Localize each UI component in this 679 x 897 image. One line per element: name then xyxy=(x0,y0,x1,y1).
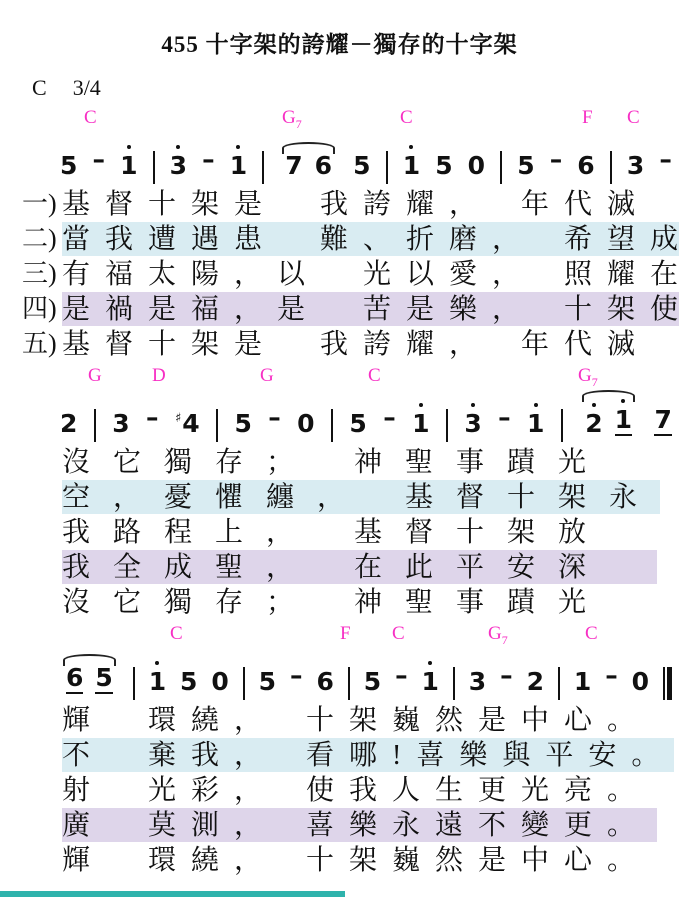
lyric-text: 輝 環繞， 十架巍然是中心。 xyxy=(62,843,657,877)
note: 1 xyxy=(403,153,420,178)
note: 1 xyxy=(412,411,429,436)
duration-dash: – xyxy=(92,147,105,178)
notation-row: 651505–65–13–21–0 xyxy=(60,648,672,694)
hymn-title: 455 十字架的誇耀－獨存的十字架 xyxy=(22,26,657,59)
duration-dash: – xyxy=(498,405,511,436)
verse-block-3: 輝 環繞， 十架巍然是中心。不 棄我， 看哪!喜樂與平安。射 光彩， 使我人生更… xyxy=(22,702,657,877)
chord-label: C xyxy=(400,107,413,129)
note: 5 xyxy=(435,153,452,178)
barline xyxy=(331,409,333,442)
chord-label: C xyxy=(627,107,640,129)
key-signature: C 3/4 xyxy=(32,75,657,101)
note: 5 xyxy=(259,669,276,694)
lyric-row: 沒它獨存； 神聖事蹟光 xyxy=(22,444,657,479)
lyric-text: 我全成聖， 在此平安深 xyxy=(62,550,657,584)
note: 5 xyxy=(364,669,381,694)
music-system-2: GDGCG7 23–♯45–05–13–1217 xyxy=(60,365,672,436)
duration-dash: – xyxy=(268,405,281,436)
rest-note: 0 xyxy=(468,153,485,178)
note: 5 xyxy=(95,665,112,694)
note: 6 xyxy=(577,153,594,178)
note: 5 xyxy=(60,153,77,178)
note: 1 xyxy=(615,407,632,436)
rest-note: 0 xyxy=(297,411,314,436)
chord-row: GDGCG7 xyxy=(60,365,672,390)
note: 2 xyxy=(527,669,544,694)
lyric-text: 我路程上， 基督十架放 xyxy=(62,515,657,549)
barline xyxy=(348,667,350,700)
barline xyxy=(262,151,264,184)
note: 3 xyxy=(464,411,481,436)
lyric-text: 基督十架是 我誇耀， 年代滅 xyxy=(62,187,657,221)
verse-number: 四) xyxy=(22,291,62,326)
lyric-text: 沒它獨存； 神聖事蹟光 xyxy=(62,585,657,619)
chord-label: C xyxy=(368,365,381,387)
note: 7 xyxy=(654,407,671,436)
duration-dash: – xyxy=(605,663,618,694)
note: 7 xyxy=(285,153,302,178)
time-signature: 3/4 xyxy=(73,75,101,101)
duration-dash: – xyxy=(550,147,563,178)
duration-dash: – xyxy=(500,663,513,694)
lyric-text: 射 光彩， 使我人生更光亮。 xyxy=(62,773,657,807)
note: 5 xyxy=(517,153,534,178)
sharp-accidental: ♯ xyxy=(175,411,181,426)
barline xyxy=(216,409,218,442)
lyric-row: 廣 莫測， 喜樂永遠不變更。 xyxy=(22,807,657,842)
lyric-row: 輝 環繞， 十架巍然是中心。 xyxy=(22,842,657,877)
note: 2 xyxy=(60,411,77,436)
slur-group: 65 xyxy=(60,665,119,694)
duration-dash: – xyxy=(383,405,396,436)
verse-block-1: 一)基督十架是 我誇耀， 年代滅二)當我遭遇患 難、折磨， 希望成三)有福太陽，… xyxy=(22,186,657,361)
barline xyxy=(133,667,135,700)
note: 6 xyxy=(315,153,332,178)
note: 3 xyxy=(469,669,486,694)
lyric-text: 沒它獨存； 神聖事蹟光 xyxy=(62,445,657,479)
note: 1 xyxy=(422,669,439,694)
note: 2 xyxy=(585,411,602,436)
lyric-row: 三)有福太陽，以 光以愛， 照耀在 xyxy=(22,256,657,291)
lyric-text: 輝 環繞， 十架巍然是中心。 xyxy=(62,703,657,737)
verse-number: 一) xyxy=(22,186,62,221)
lyric-row: 空，憂懼纏， 基督十架永 xyxy=(22,479,657,514)
duration-dash: – xyxy=(290,663,303,694)
chord-label: C xyxy=(585,623,598,645)
lyric-row: 我路程上， 基督十架放 xyxy=(22,514,657,549)
music-system-3: CFCG7C 651505–65–13–21–0 xyxy=(60,623,672,694)
hymn-sheet-page: 455 十字架的誇耀－獨存的十字架 C 3/4 CG7CFC 5–13–1765… xyxy=(0,0,679,897)
note: 3 xyxy=(170,153,187,178)
barline xyxy=(446,409,448,442)
chord-label: D xyxy=(152,365,166,387)
lyric-row: 二)當我遭遇患 難、折磨， 希望成 xyxy=(22,221,657,256)
duration-dash: – xyxy=(146,405,159,436)
chord-label: G xyxy=(88,365,102,387)
verse-number: 三) xyxy=(22,256,62,291)
chord-label: G7 xyxy=(488,623,508,648)
rest-note: 0 xyxy=(632,669,649,694)
notation-row: 5–13–17651505–63– xyxy=(60,132,672,178)
chord-row: CFCG7C xyxy=(60,623,672,648)
lyric-text: 當我遭遇患 難、折磨， 希望成 xyxy=(62,222,679,256)
note: 6 xyxy=(316,669,333,694)
rest-note: 0 xyxy=(211,669,228,694)
lyric-row: 四)是禍是福，是 苦是樂， 十架使 xyxy=(22,291,657,326)
lyric-row: 不 棄我， 看哪!喜樂與平安。 xyxy=(22,737,657,772)
chord-label: C xyxy=(170,623,183,645)
lyric-text: 不 棄我， 看哪!喜樂與平安。 xyxy=(62,738,674,772)
chord-label: F xyxy=(582,107,593,129)
slur-group: 21 xyxy=(579,407,638,436)
lyric-text: 基督十架是 我誇耀， 年代滅 xyxy=(62,327,657,361)
final-barline xyxy=(663,667,672,700)
duration-dash: – xyxy=(395,663,408,694)
key-letter: C xyxy=(32,75,47,101)
lyric-text: 是禍是福，是 苦是樂， 十架使 xyxy=(62,292,679,326)
barline xyxy=(94,409,96,442)
bottom-accent-bar xyxy=(0,891,345,897)
lyric-row: 沒它獨存； 神聖事蹟光 xyxy=(22,584,657,619)
chord-label: G7 xyxy=(282,107,302,132)
barline xyxy=(243,667,245,700)
verse-number: 二) xyxy=(22,221,62,256)
barline xyxy=(558,667,560,700)
note: ♯4 xyxy=(175,411,200,436)
barline xyxy=(453,667,455,700)
duration-dash: – xyxy=(202,147,215,178)
notation-row: 23–♯45–05–13–1217 xyxy=(60,390,672,436)
lyric-row: 我全成聖， 在此平安深 xyxy=(22,549,657,584)
barline xyxy=(153,151,155,184)
note: 5 xyxy=(234,411,251,436)
barline xyxy=(386,151,388,184)
barline xyxy=(561,409,563,442)
lyric-row: 射 光彩， 使我人生更光亮。 xyxy=(22,772,657,807)
chord-label: C xyxy=(84,107,97,129)
note: 1 xyxy=(574,669,591,694)
note: 1 xyxy=(149,669,166,694)
note: 3 xyxy=(112,411,129,436)
note: 6 xyxy=(66,665,83,694)
note: 1 xyxy=(527,411,544,436)
note: 5 xyxy=(353,153,370,178)
note: 5 xyxy=(349,411,366,436)
note: 3 xyxy=(627,153,644,178)
chord-label: F xyxy=(340,623,351,645)
lyric-text: 廣 莫測， 喜樂永遠不變更。 xyxy=(62,808,657,842)
music-system-1: CG7CFC 5–13–17651505–63– xyxy=(60,107,672,178)
lyric-text: 空，憂懼纏， 基督十架永 xyxy=(62,480,660,514)
lyric-row: 五)基督十架是 我誇耀， 年代滅 xyxy=(22,326,657,361)
verse-number: 五) xyxy=(22,326,62,361)
lyric-row: 輝 環繞， 十架巍然是中心。 xyxy=(22,702,657,737)
barline xyxy=(610,151,612,184)
chord-label: G7 xyxy=(578,365,598,390)
verse-block-2: 沒它獨存； 神聖事蹟光空，憂懼纏， 基督十架永我路程上， 基督十架放我全成聖， … xyxy=(22,444,657,619)
note: 5 xyxy=(180,669,197,694)
chord-label: C xyxy=(392,623,405,645)
chord-label: G xyxy=(260,365,274,387)
lyric-text: 有福太陽，以 光以愛， 照耀在 xyxy=(62,257,679,291)
chord-row: CG7CFC xyxy=(60,107,672,132)
barline xyxy=(500,151,502,184)
duration-dash: – xyxy=(659,147,672,178)
lyric-row: 一)基督十架是 我誇耀， 年代滅 xyxy=(22,186,657,221)
slur-group: 76 xyxy=(279,153,338,178)
note: 1 xyxy=(230,153,247,178)
note: 1 xyxy=(120,153,137,178)
